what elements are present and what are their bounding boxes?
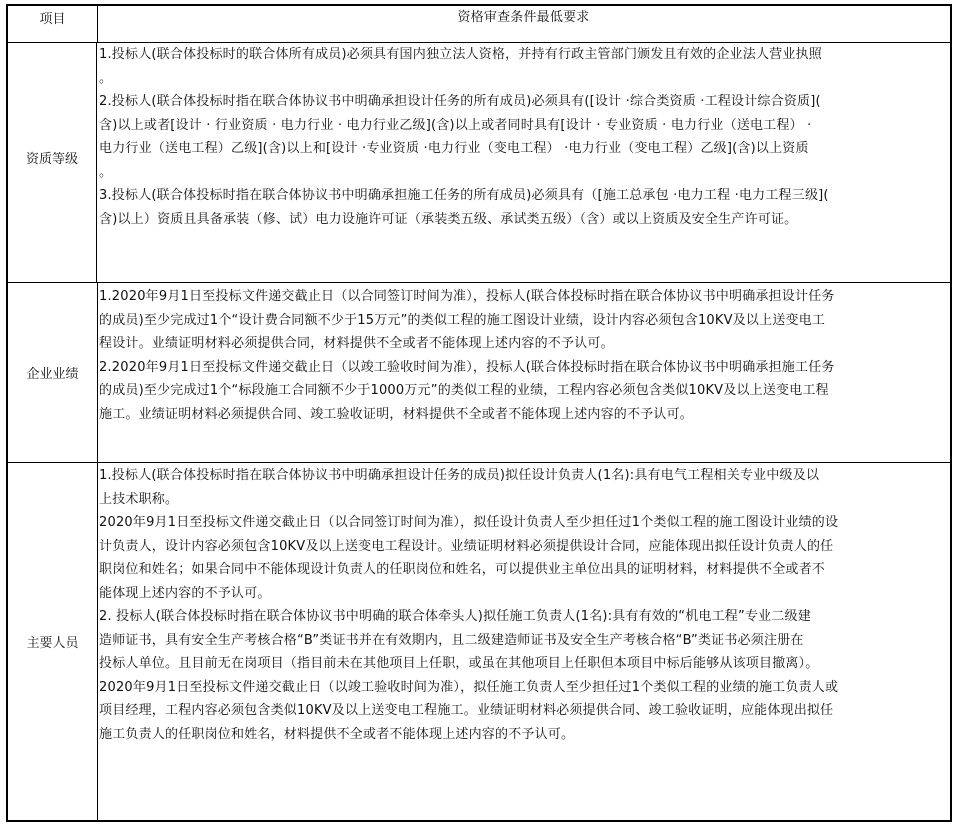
text-line: 。 [99, 161, 948, 185]
header-requirements: 资格审查条件最低要求 [98, 6, 950, 42]
row-content: 1.2020年9月1日至投标文件递交截止日（以合同签订时间为准），投标人(联合体… [98, 283, 950, 462]
row-label: 企业业绩 [8, 283, 98, 462]
text-line: 1.投标人(联合体投标时的联合体所有成员)必须具有国内独立法人资格，并持有行政主… [99, 43, 948, 67]
text-line: 。 [99, 67, 948, 91]
text-line: 项目经理，工程内容必须包含类似10KV及以上送变电工程施工。业绩证明材料必须提供… [99, 699, 948, 723]
row-content: 1.投标人(联合体投标时指在联合体协议书中明确承担设计任务的成员)拟任设计负责人… [98, 463, 950, 820]
text-line: 施工。业绩证明材料必须提供合同、竣工验收证明，材料提供不全或者不能体现上述内容的… [99, 403, 948, 427]
table-row-performance: 企业业绩 1.2020年9月1日至投标文件递交截止日（以合同签订时间为准），投标… [8, 283, 950, 463]
qualification-requirements-table: 项目 资格审查条件最低要求 资质等级 1.投标人(联合体投标时的联合体所有成员)… [6, 4, 952, 822]
text-line: 3.投标人(联合体投标时指在联合体协议书中明确承担施工任务的所有成员)必须具有（… [99, 184, 948, 208]
table-row-qualification: 资质等级 1.投标人(联合体投标时的联合体所有成员)必须具有国内独立法人资格，并… [8, 43, 950, 283]
text-line: 施工负责人的任职岗位和姓名，材料提供不全或者不能体现上述内容的不予认可。 [99, 723, 948, 747]
text-line: 2. 投标人(联合体投标时指在联合体协议书中明确的联合体牵头人)拟任施工负责人(… [99, 605, 948, 629]
text-line: 2020年9月1日至投标文件递交截止日（以合同签订时间为准），拟任设计负责人至少… [99, 511, 948, 535]
text-line: 2020年9月1日至投标文件递交截止日（以竣工验收时间为准），拟任施工负责人至少… [99, 676, 948, 700]
text-line: 2.2020年9月1日至投标文件递交截止日（以竣工验收时间为准），投标人(联合体… [99, 356, 948, 380]
text-line: 1.投标人(联合体投标时指在联合体协议书中明确承担设计任务的成员)拟任设计负责人… [99, 464, 948, 488]
text-line: 含)以上）资质且具备承装（修、试）电力设施许可证（承装类五级、承试类五级）（含）… [99, 208, 948, 232]
text-line: 1.2020年9月1日至投标文件递交截止日（以合同签订时间为准），投标人(联合体… [99, 285, 948, 309]
text-line: 含)以上或者[设计 · 行业资质 · 电力行业 · 电力行业乙级](含)以上或者… [99, 114, 948, 138]
text-line: 能体现上述内容的不予认可。 [99, 582, 948, 606]
text-line: 职岗位和姓名；如果合同中不能体现设计负责人的任职岗位和姓名，可以提供业主单位出具… [99, 558, 948, 582]
text-line: 电力行业（送电工程）乙级](含)以上和[设计 ·专业资质 ·电力行业（变电工程）… [99, 137, 948, 161]
table-row-personnel: 主要人员 1.投标人(联合体投标时指在联合体协议书中明确承担设计任务的成员)拟任… [8, 463, 950, 820]
text-line: 投标人单位。且目前无在岗项目（指目前未在其他项目上任职，或虽在其他项目上任职但本… [99, 652, 948, 676]
text-line: 程设计。业绩证明材料必须提供合同，材料提供不全或者不能体现上述内容的不予认可。 [99, 332, 948, 356]
text-line: 的成员)至少完成过1个“标段施工合同额不少于1000万元”的类似工程的业绩，工程… [99, 379, 948, 403]
row-content: 1.投标人(联合体投标时的联合体所有成员)必须具有国内独立法人资格，并持有行政主… [98, 43, 950, 282]
table-header-row: 项目 资格审查条件最低要求 [8, 6, 950, 43]
text-line: 的成员)至少完成过1个“设计费合同额不少于15万元”的类似工程的施工图设计业绩，… [99, 309, 948, 333]
row-label: 主要人员 [8, 463, 98, 820]
header-item: 项目 [8, 6, 98, 42]
row-label: 资质等级 [8, 43, 97, 282]
text-line: 计负责人，设计内容必须包含10KV及以上送变电工程设计。业绩证明材料必须提供设计… [99, 535, 948, 559]
text-line: 2.投标人(联合体投标时指在联合体协议书中明确承担设计任务的所有成员)必须具有(… [99, 90, 948, 114]
text-line: 造师证书，具有安全生产考核合格“B”类证书并在有效期内，且二级建造师证书及安全生… [99, 629, 948, 653]
text-line: 上技术职称。 [99, 488, 948, 512]
